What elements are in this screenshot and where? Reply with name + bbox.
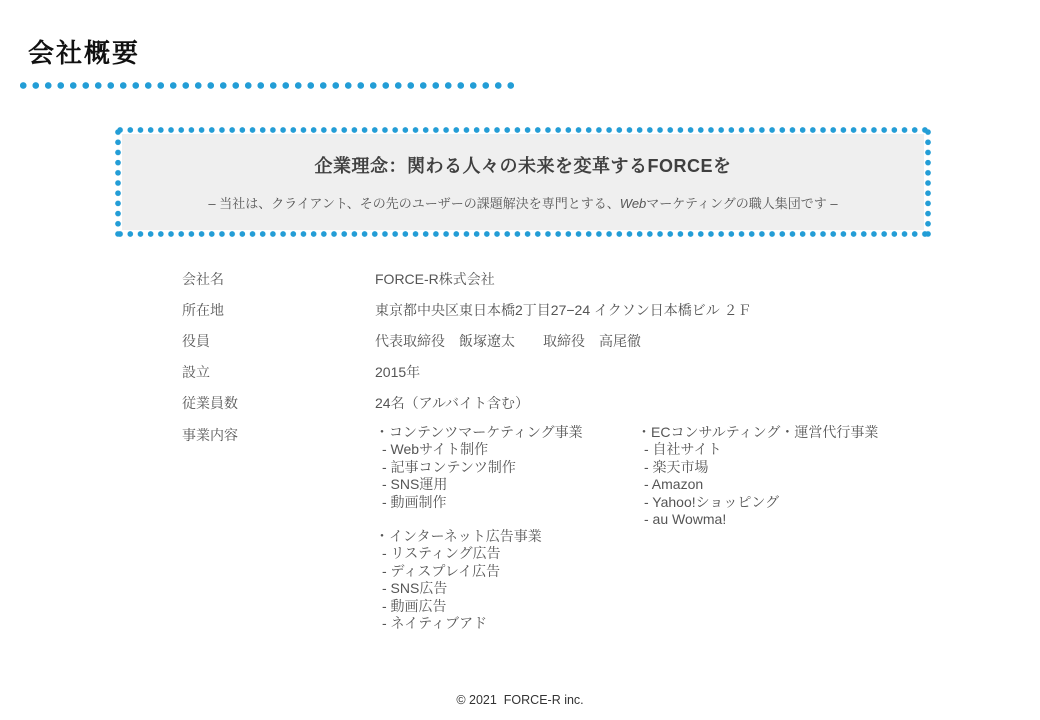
dotted-border-top xyxy=(115,127,931,133)
row-label: 役員 xyxy=(182,331,375,351)
business-column: ・コンテンツマーケティング事業- Webサイト制作- 記事コンテンツ制作- SN… xyxy=(375,424,637,632)
row-label: 所在地 xyxy=(182,300,375,320)
business-group: ・ECコンサルティング・運営代行事業- 自社サイト- 楽天市場- Amazon-… xyxy=(637,424,878,528)
dotted-border-bottom xyxy=(115,231,931,237)
business-item: - SNS広告 xyxy=(375,580,637,597)
business-item: - 楽天市場 xyxy=(637,459,878,476)
company-info-table: 会社名FORCE-R株式会社所在地東京都中央区東日本橋2丁目27−24 イクソン… xyxy=(182,263,952,632)
business-item: - 動画制作 xyxy=(375,494,637,511)
business-item: - Amazon xyxy=(637,476,878,493)
subtitle-suffix: マーケティングの職人集団です – xyxy=(646,196,837,211)
philosophy-heading: 企業理念：関わる人々の未来を変革するFORCEを xyxy=(315,152,732,178)
row-value: 2015年 xyxy=(375,362,420,382)
business-column: ・ECコンサルティング・運営代行事業- 自社サイト- 楽天市場- Amazon-… xyxy=(637,424,878,632)
business-item: - SNS運用 xyxy=(375,476,637,493)
row-label: 設立 xyxy=(182,362,375,382)
business-item: - 動画広告 xyxy=(375,598,637,615)
row-label: 従業員数 xyxy=(182,393,375,413)
row-value: 24名（アルバイト含む） xyxy=(375,393,529,413)
business-heading: ・ECコンサルティング・運営代行事業 xyxy=(637,424,878,441)
title-underline-dots xyxy=(17,82,517,89)
business-group: ・インターネット広告事業- リスティング広告- ディスプレイ広告- SNS広告-… xyxy=(375,528,637,632)
copyright-footer: © 2021 FORCE-R inc. xyxy=(0,693,1040,707)
business-item: - ネイティブアド xyxy=(375,615,637,632)
business-item: - Webサイト制作 xyxy=(375,441,637,458)
table-row: 会社名FORCE-R株式会社 xyxy=(182,263,952,294)
page-title: 会社概要 xyxy=(28,33,140,70)
philosophy-subtitle: – 当社は、クライアント、その先のユーザーの課題解決を専門とする、Webマーケテ… xyxy=(208,193,837,212)
table-row: 従業員数24名（アルバイト含む） xyxy=(182,388,952,419)
business-item: - 自社サイト xyxy=(637,441,878,458)
row-label: 事業内容 xyxy=(182,424,375,632)
business-row: 事業内容 ・コンテンツマーケティング事業- Webサイト制作- 記事コンテンツ制… xyxy=(182,419,952,632)
philosophy-panel: 企業理念：関わる人々の未来を変革するFORCEを – 当社は、クライアント、その… xyxy=(122,134,924,230)
business-item: - リスティング広告 xyxy=(375,545,637,562)
subtitle-italic-word: Web xyxy=(620,196,647,211)
business-heading: ・コンテンツマーケティング事業 xyxy=(375,424,637,441)
row-value: 代表取締役 飯塚遼太 取締役 高尾徹 xyxy=(375,331,641,351)
business-item: - 記事コンテンツ制作 xyxy=(375,459,637,476)
company-rows: 会社名FORCE-R株式会社所在地東京都中央区東日本橋2丁目27−24 イクソン… xyxy=(182,263,952,419)
subtitle-prefix: – 当社は、クライアント、その先のユーザーの課題解決を専門とする、 xyxy=(208,196,619,211)
business-columns: ・コンテンツマーケティング事業- Webサイト制作- 記事コンテンツ制作- SN… xyxy=(375,424,952,632)
table-row: 所在地東京都中央区東日本橋2丁目27−24 イクソン日本橋ビル ２Ｆ xyxy=(182,294,952,325)
business-item: - au Wowma! xyxy=(637,511,878,528)
table-row: 役員代表取締役 飯塚遼太 取締役 高尾徹 xyxy=(182,325,952,356)
business-group: ・コンテンツマーケティング事業- Webサイト制作- 記事コンテンツ制作- SN… xyxy=(375,424,637,511)
dotted-border-left xyxy=(115,127,121,237)
row-value: 東京都中央区東日本橋2丁目27−24 イクソン日本橋ビル ２Ｆ xyxy=(375,300,752,320)
business-heading: ・インターネット広告事業 xyxy=(375,528,637,545)
business-item: - ディスプレイ広告 xyxy=(375,563,637,580)
table-row: 設立2015年 xyxy=(182,357,952,388)
business-item: - Yahoo!ショッピング xyxy=(637,494,878,511)
row-label: 会社名 xyxy=(182,269,375,289)
row-value: FORCE-R株式会社 xyxy=(375,269,495,289)
philosophy-box: 企業理念：関わる人々の未来を変革するFORCEを – 当社は、クライアント、その… xyxy=(115,127,931,237)
dotted-border-right xyxy=(925,127,931,237)
